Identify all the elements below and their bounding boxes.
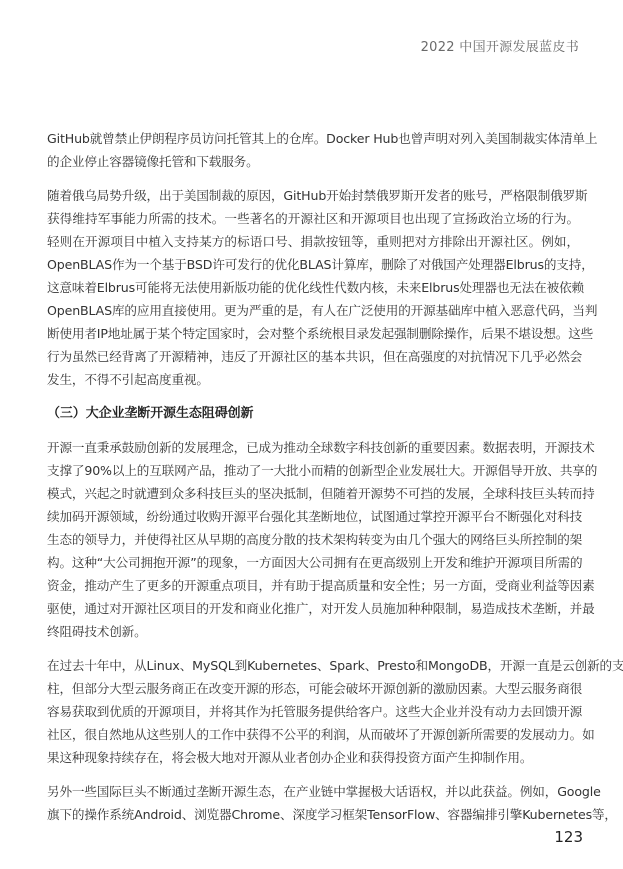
text-line: 旗下的操作系统Android、浏览器Chrome、深度学习框架TensorFlo… xyxy=(47,803,579,826)
text-line: 的企业停止容器镜像托管和下载服务。 xyxy=(47,150,579,173)
text-line: GitHub就曾禁止伊朗程序员访问托管其上的仓库。Docker Hub也曾声明对… xyxy=(47,127,579,150)
text-line: 驱使，通过对开源社区项目的开发和商业化推广，对开发人员施加种种限制，易造成技术垄… xyxy=(47,597,579,620)
running-header-title: 2022 中国开源发展蓝皮书 xyxy=(421,36,579,55)
text-line: 支撑了90%以上的互联网产品，推动了一大批小而精的创新型企业发展壮大。开源倡导开… xyxy=(47,459,579,482)
page-number: 123 xyxy=(554,828,583,846)
text-line: 另外一些国际巨头不断通过垄断开源生态，在产业链中掌握极大话语权，并以此获益。例如… xyxy=(47,780,579,803)
paragraph-international-giants: 另外一些国际巨头不断通过垄断开源生态，在产业链中掌握极大话语权，并以此获益。例如… xyxy=(47,780,579,826)
text-line: 资金，推动产生了更多的开源重点项目，并有助于提高质量和安全性；另一方面，受商业利… xyxy=(47,574,579,597)
section-heading: （三）大企业垄断开源生态阻碍创新 xyxy=(47,402,579,425)
page-body: GitHub就曾禁止伊朗程序员访问托管其上的仓库。Docker Hub也曾声明对… xyxy=(47,127,579,837)
text-line: 果这种现象持续存在，将会极大地对开源从业者创办企业和获得投资方面产生抑制作用。 xyxy=(47,746,579,769)
text-line: 轻则在开源项目中植入支持某方的标语口号、捐款按钮等，重则把对方排除出开源社区。例… xyxy=(47,230,579,253)
text-line: 社区，很自然地从这些别人的工作中获得不公平的利润，从而破坏了开源创新所需要的发展… xyxy=(47,723,579,746)
text-line: 终阻碍技术创新。 xyxy=(47,620,579,643)
text-line: 这意味着Elbrus可能将无法使用新版功能的优化线性代数内核，未来Elbrus处… xyxy=(47,276,579,299)
text-line: 发生，不得不引起高度重视。 xyxy=(47,368,579,391)
text-line: 断使用者IP地址属于某个特定国家时，会对整个系统根目录发起强制删除操作，后果不堪… xyxy=(47,322,579,345)
text-line: OpenBLAS作为一个基于BSD许可发行的优化BLAS计算库，删除了对俄国产处… xyxy=(47,253,579,276)
text-line: 获得维持军事能力所需的技术。一些著名的开源社区和开源项目也出现了宣扬政治立场的行… xyxy=(47,207,579,230)
text-line: 开源一直秉承鼓励创新的发展理念，已成为推动全球数字科技创新的重要因素。数据表明，… xyxy=(47,436,579,459)
paragraph-github-restrictions: GitHub就曾禁止伊朗程序员访问托管其上的仓库。Docker Hub也曾声明对… xyxy=(47,127,579,173)
text-line: 构。这种“大公司拥抱开源”的现象，一方面因大公司拥有在更高级别上开发和维护开源项… xyxy=(47,551,579,574)
text-line: 柱，但部分大型云服务商正在改变开源的形态，可能会破坏开源创新的激励因素。大型云服… xyxy=(47,677,579,700)
text-line: 行为虽然已经背离了开源精神，违反了开源社区的基本共识，但在高强度的对抗情况下几乎… xyxy=(47,345,579,368)
text-line: OpenBLAS库的应用直接使用。更为严重的是，有人在广泛使用的开源基础库中植入… xyxy=(47,299,579,322)
paragraph-russia-ukraine: 随着俄乌局势升级，出于美国制裁的原因，GitHub开始封禁俄罗斯开发者的账号，严… xyxy=(47,184,579,391)
paragraph-cloud-providers: 在过去十年中，从Linux、MySQL到Kubernetes、Spark、Pre… xyxy=(47,654,579,769)
text-line: 续加码开源领域，纷纷通过收购开源平台强化其垄断地位，试图通过掌控开源平台不断强化… xyxy=(47,505,579,528)
text-line: 生态的领导力，并使得社区从早期的高度分散的技术架构转变为由几个强大的网络巨头所控… xyxy=(47,528,579,551)
text-line: 在过去十年中，从Linux、MySQL到Kubernetes、Spark、Pre… xyxy=(47,654,579,677)
text-line: 容易获取到优质的开源项目，并将其作为托管服务提供给客户。这些大企业并没有动力去回… xyxy=(47,700,579,723)
text-line: 模式，兴起之时就遭到众多科技巨头的坚决抵制，但随着开源势不可挡的发展，全球科技巨… xyxy=(47,482,579,505)
paragraph-big-company-monopoly: 开源一直秉承鼓励创新的发展理念，已成为推动全球数字科技创新的重要因素。数据表明，… xyxy=(47,436,579,643)
text-line: 随着俄乌局势升级，出于美国制裁的原因，GitHub开始封禁俄罗斯开发者的账号，严… xyxy=(47,184,579,207)
